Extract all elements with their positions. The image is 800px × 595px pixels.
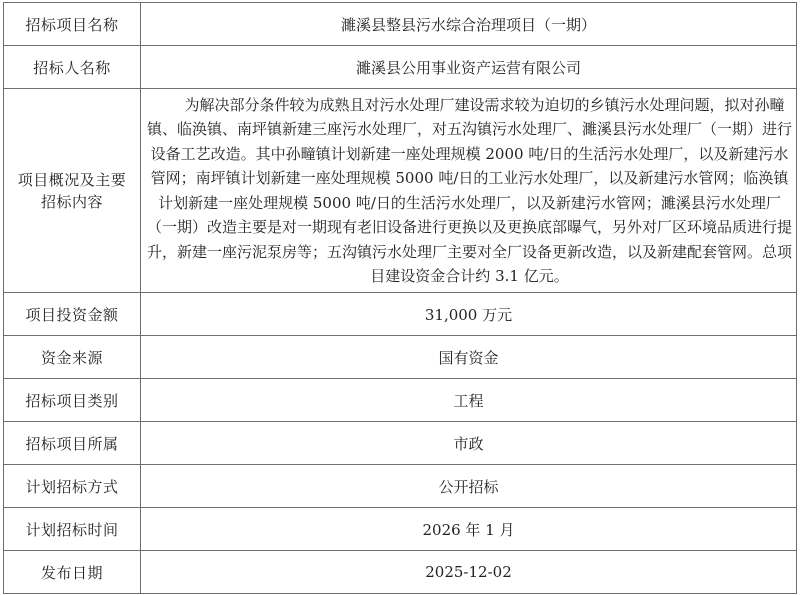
label-tenderer-name: 招标人名称 (4, 46, 141, 89)
value-project-sector: 市政 (141, 422, 797, 465)
label-publish-date: 发布日期 (4, 551, 141, 594)
row-project-overview: 项目概况及主要 招标内容 为解决部分条件较为成熟且对污水处理厂建设需求较为迫切的… (4, 89, 797, 293)
value-tender-method: 公开招标 (141, 465, 797, 508)
label-tender-time: 计划招标时间 (4, 508, 141, 551)
value-tender-time: 2026 年 1 月 (141, 508, 797, 551)
value-funding-source: 国有资金 (141, 336, 797, 379)
row-funding-source: 资金来源 国有资金 (4, 336, 797, 379)
row-tenderer-name: 招标人名称 濉溪县公用事业资产运营有限公司 (4, 46, 797, 89)
label-project-sector: 招标项目所属 (4, 422, 141, 465)
value-project-overview: 为解决部分条件较为成熟且对污水处理厂建设需求较为迫切的乡镇污水处理问题，拟对孙疃… (141, 89, 797, 293)
row-tender-method: 计划招标方式 公开招标 (4, 465, 797, 508)
label-project-category: 招标项目类别 (4, 379, 141, 422)
label-project-name: 招标项目名称 (4, 3, 141, 46)
row-project-name: 招标项目名称 濉溪县整县污水综合治理项目（一期） (4, 3, 797, 46)
value-tenderer-name: 濉溪县公用事业资产运营有限公司 (141, 46, 797, 89)
label-project-overview-line2: 招标内容 (41, 193, 103, 211)
row-publish-date: 发布日期 2025-12-02 (4, 551, 797, 594)
row-project-sector: 招标项目所属 市政 (4, 422, 797, 465)
tender-info-table: 招标项目名称 濉溪县整县污水综合治理项目（一期） 招标人名称 濉溪县公用事业资产… (3, 2, 797, 594)
value-investment-amount: 31,000 万元 (141, 293, 797, 336)
row-tender-time: 计划招标时间 2026 年 1 月 (4, 508, 797, 551)
label-project-overview: 项目概况及主要 招标内容 (4, 89, 141, 293)
label-funding-source: 资金来源 (4, 336, 141, 379)
label-investment-amount: 项目投资金额 (4, 293, 141, 336)
value-publish-date: 2025-12-02 (141, 551, 797, 594)
label-project-overview-line1: 项目概况及主要 (18, 171, 127, 189)
row-project-category: 招标项目类别 工程 (4, 379, 797, 422)
label-tender-method: 计划招标方式 (4, 465, 141, 508)
row-investment-amount: 项目投资金额 31,000 万元 (4, 293, 797, 336)
value-project-category: 工程 (141, 379, 797, 422)
value-project-name: 濉溪县整县污水综合治理项目（一期） (141, 3, 797, 46)
